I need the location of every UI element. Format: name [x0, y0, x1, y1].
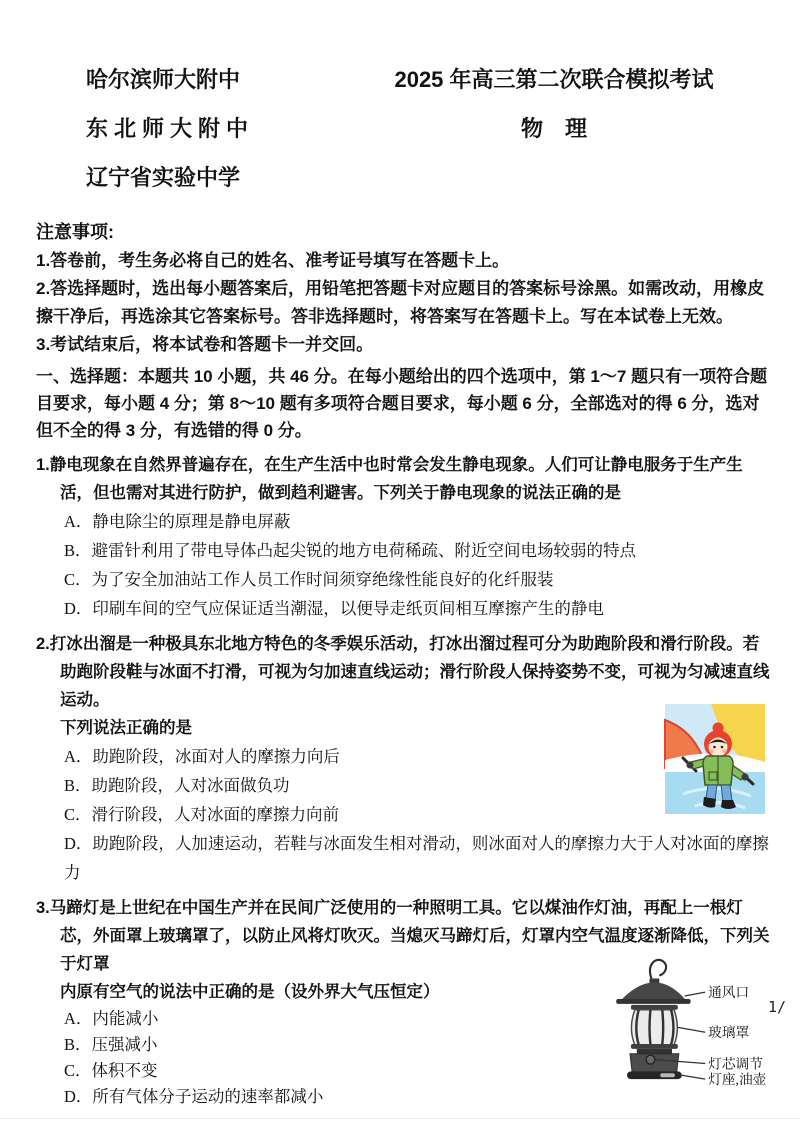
question-3-option-d: D．所有气体分子运动的速率都减小	[64, 1084, 770, 1110]
lantern-hook-icon	[650, 960, 667, 983]
exam-title: 2025 年高三第二次联合模拟考试	[338, 63, 770, 94]
question-1-option-c: C．为了安全加油站工作人员工作时间须穿绝缘性能良好的化纤服装	[64, 565, 770, 594]
lantern-figure: 通风口 玻璃罩 灯芯调节 灯座,油壶	[574, 954, 770, 1087]
lantern-label-glass-cover: 玻璃罩	[708, 1024, 749, 1040]
question-2-stem-cont: 下列说法正确的是	[36, 714, 770, 742]
question-1: 1.静电现象在自然界普遍存在，在生产生活中也时常会发生静电现象。人们可让静电服务…	[36, 451, 770, 623]
question-1-option-a: A．静电除尘的原理是静电屏蔽	[64, 507, 770, 536]
exam-paper-page: 哈尔滨师大附中 2025 年高三第二次联合模拟考试 东北师大附中 物 理 辽宁省…	[0, 0, 800, 1121]
question-1-stem: 1.静电现象在自然界普遍存在，在生产生活中也时常会发生静电现象。人们可让静电服务…	[36, 451, 770, 507]
school-name-3: 辽宁省实验中学	[86, 161, 338, 192]
subject-title: 物 理	[338, 112, 770, 143]
question-2-stem: 2.打冰出溜是一种极具东北地方特色的冬季娱乐活动，打冰出溜过程可分为助跑阶段和滑…	[36, 630, 770, 714]
question-2: 2.打冰出溜是一种极具东北地方特色的冬季娱乐活动，打冰出溜过程可分为助跑阶段和滑…	[36, 630, 770, 887]
notice-item-3: 3.考试结束后，将本试卷和答题卡一并交回。	[36, 331, 770, 359]
lantern-label-base-oil-pot: 灯座,油壶	[708, 1071, 766, 1087]
question-3: 3.马蹄灯是上世纪在中国生产并在民间广泛使用的一种照明工具。它以煤油作灯油，再配…	[36, 894, 770, 1110]
school-name-2: 东北师大附中	[86, 112, 338, 143]
paper-header: 哈尔滨师大附中 2025 年高三第二次联合模拟考试 东北师大附中 物 理 辽宁省…	[36, 54, 770, 201]
section-intro: 一、选择题：本题共 10 小题，共 46 分。在每小题给出的四个选项中，第 1～…	[36, 363, 770, 444]
notice-item-1: 1.答卷前，考生务必将自己的姓名、准考证号填写在答题卡上。	[36, 247, 770, 275]
lantern-label-wick-adjuster: 灯芯调节	[708, 1055, 763, 1071]
question-1-option-d: D．印刷车间的空气应保证适当潮湿，以便导走纸页间相互摩擦产生的静电	[64, 594, 770, 623]
school-name-1: 哈尔滨师大附中	[86, 63, 338, 94]
page-number: 1/	[768, 998, 786, 1016]
notice-section: 注意事项: 1.答卷前，考生务必将自己的姓名、准考证号填写在答题卡上。 2.答选…	[36, 217, 770, 359]
question-1-option-b: B．避雷针利用了带电导体凸起尖锐的地方电荷稀疏、附近空间电场较弱的特点	[64, 536, 770, 565]
question-2-option-d: D．助跑阶段，人加速运动，若鞋与冰面发生相对滑动，则冰面对人的摩擦力大于人对冰面…	[64, 829, 770, 887]
notice-heading: 注意事项:	[36, 217, 770, 247]
lantern-label-vent: 通风口	[708, 985, 749, 1000]
ice-sliding-illustration	[664, 704, 766, 814]
notice-item-2: 2.答选择题时，选出每小题答案后，用铅笔把答题卡对应题目的答案标号涂黑。如需改动…	[36, 275, 770, 331]
